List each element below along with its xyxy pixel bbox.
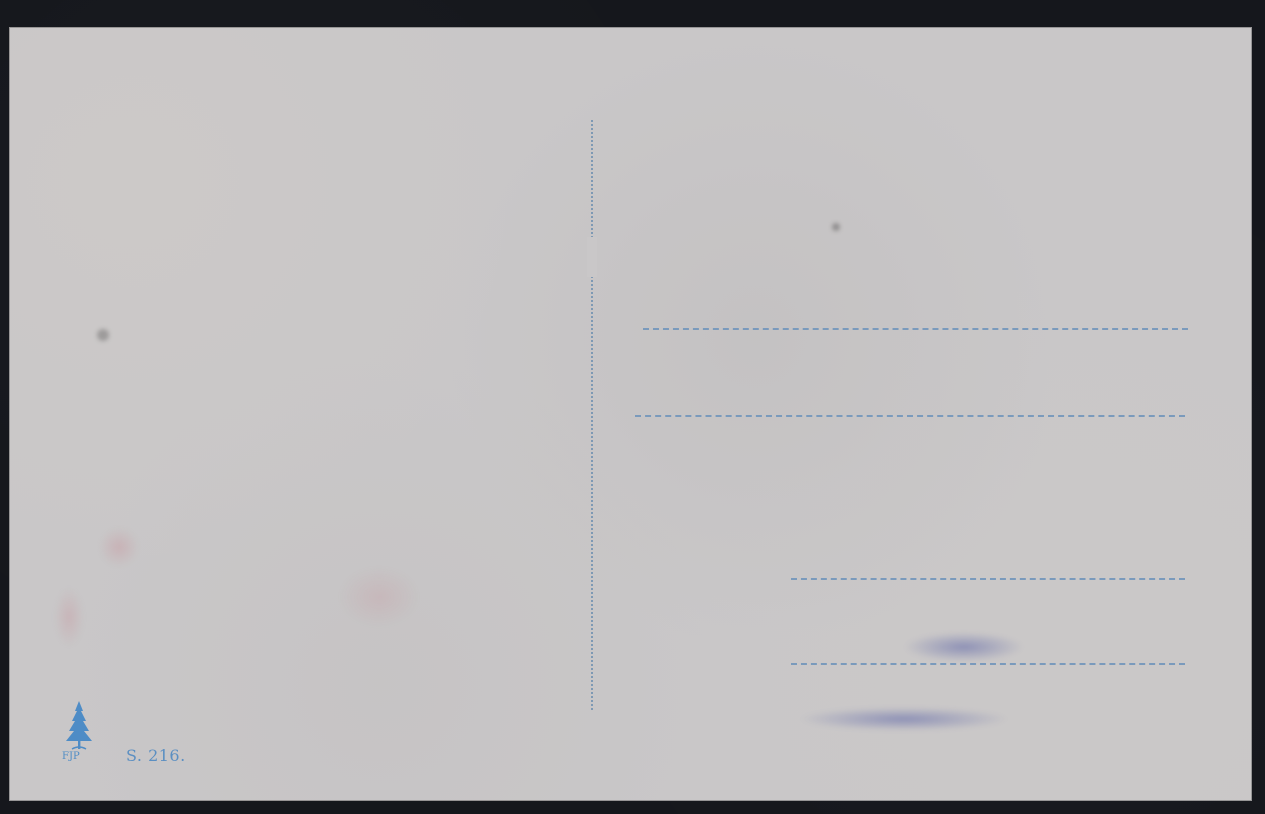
publisher-monogram: FJP — [62, 751, 80, 761]
pink-stain — [99, 527, 139, 567]
paper-spot — [97, 329, 109, 341]
ink-smudge — [799, 707, 1009, 731]
ink-smudge — [904, 632, 1024, 662]
paper-spot — [832, 223, 840, 231]
fir-tree-icon: FJP — [59, 699, 99, 761]
publisher-logo: FJP — [59, 699, 99, 761]
address-line-4 — [791, 663, 1185, 665]
pink-stain — [54, 587, 84, 647]
postcard-back: FJP S. 216. — [9, 27, 1252, 801]
address-line-3 — [791, 578, 1185, 580]
address-line-2 — [635, 415, 1185, 417]
center-divider-line — [591, 120, 593, 710]
divider-gap — [587, 237, 597, 277]
serial-number: S. 216. — [126, 746, 186, 765]
pink-stain — [339, 567, 419, 627]
address-line-1 — [643, 328, 1188, 330]
